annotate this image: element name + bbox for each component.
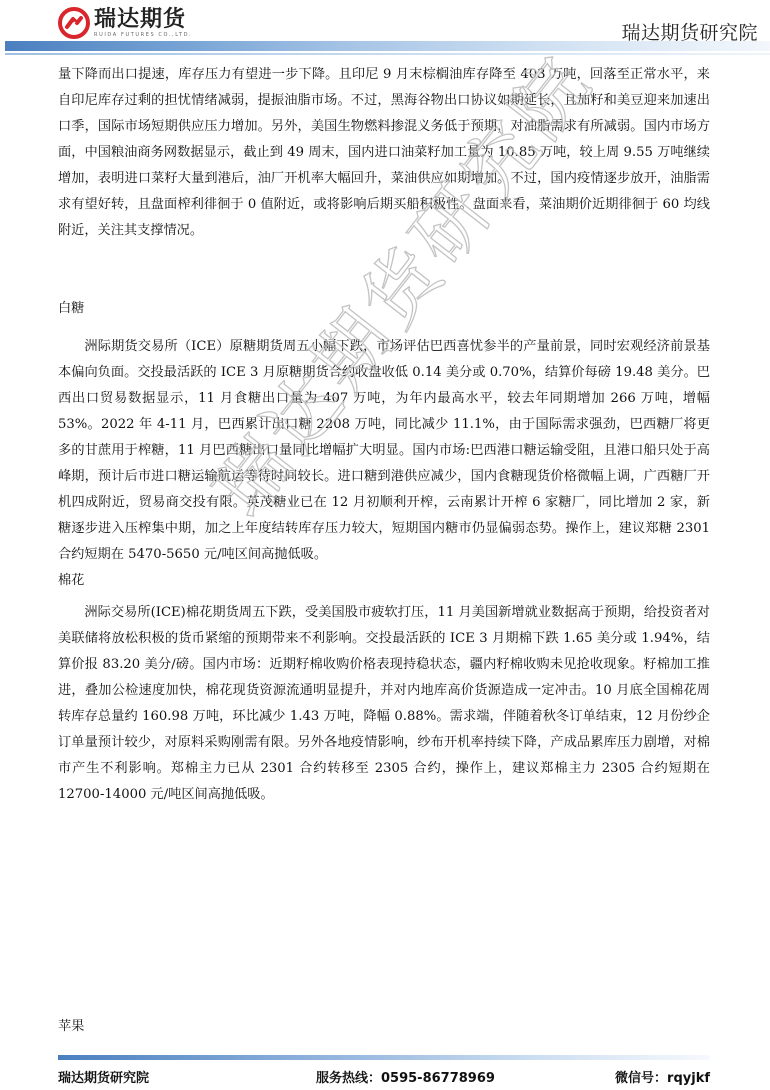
sugar-paragraph: 洲际期货交易所（ICE）原糖期货周五小幅下跌，市场评估巴西喜忧参半的产量前景，同… — [58, 334, 710, 568]
header-divider-line — [5, 53, 770, 55]
section-title-apple: 苹果 — [58, 1014, 84, 1040]
logo-text: 瑞达期货 — [94, 8, 192, 32]
footer-org: 瑞达期货研究院 — [58, 1067, 149, 1086]
section-title-sugar: 白糖 — [58, 296, 710, 322]
footer-divider-bar — [58, 1055, 710, 1060]
company-logo: 瑞达期货 RUIDA FUTURES CO.,LTD. — [58, 5, 192, 41]
footer-hotline: 服务热线：0595-86778969 — [316, 1067, 495, 1086]
cotton-paragraph: 洲际交易所(ICE)棉花期货周五下跌，受美国股市疲软打压，11 月美国新增就业数… — [58, 600, 710, 808]
header-divider-bar — [5, 41, 770, 51]
footer-wechat: 微信号：rqyjkf — [615, 1067, 710, 1086]
page-footer: 瑞达期货研究院 服务热线：0595-86778969 微信号：rqyjkf — [58, 1067, 710, 1087]
ruida-logo-icon — [58, 7, 90, 39]
report-body: 量下降而出口提速，库存压力有望进一步下降。且印尼 9 月末棕榈油库存降至 403… — [58, 62, 710, 808]
section-title-cotton: 棉花 — [58, 568, 710, 594]
page-header: 瑞达期货 RUIDA FUTURES CO.,LTD. 瑞达期货研究院 — [0, 0, 770, 60]
logo-subtitle: RUIDA FUTURES CO.,LTD. — [94, 32, 192, 39]
rapeseed-oil-paragraph: 量下降而出口提速，库存压力有望进一步下降。且印尼 9 月末棕榈油库存降至 403… — [58, 62, 710, 244]
